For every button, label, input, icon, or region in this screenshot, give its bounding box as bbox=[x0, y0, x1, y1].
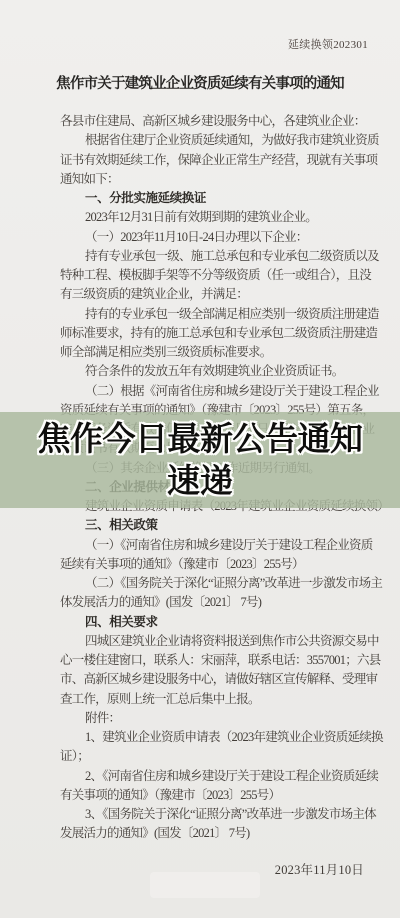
body-text-line: 持有专业承包一级、施工总承包和专业承包二级资质以及 bbox=[60, 247, 366, 266]
body-text-line: 3、《国务院关于深化“证照分离”改革进一步激发市场主体 bbox=[60, 805, 366, 824]
body-text-line: 有三级资质的建筑业企业，并满足： bbox=[60, 285, 366, 304]
section-heading-line: 三、相关政策 bbox=[60, 516, 366, 535]
body-text-line: 符合条件的发放五年有效期建筑业企业资质证书。 bbox=[60, 362, 366, 381]
body-text-line: （一）2023年11月10日-24日办理以下企业： bbox=[60, 228, 366, 247]
body-text-line: 证书有效期延续工作，保障企业正常生产经营，现就有关事项 bbox=[60, 151, 366, 170]
body-text-line: 1、建筑业企业资质申请表（2023年建筑业企业资质延续换 bbox=[60, 728, 366, 747]
body-text-line: 四城区建筑业企业请将资料报送到焦作市公共资源交易中 bbox=[60, 632, 366, 651]
body-text-line: （二）根据《河南省住房和城乡建设厅关于建设工程企业 bbox=[60, 382, 366, 401]
body-text-line: 延续有关事项的通知》（豫建市〔2023〕255号） bbox=[60, 555, 366, 574]
body-text-line: 查工作，原则上统一汇总后集中上报。 bbox=[60, 690, 366, 709]
body-text-line: 2023年12月31日前有效期到期的建筑业企业。 bbox=[60, 208, 366, 227]
body-text-line: 施工劳务资质有效期仍为2023年12月31日，不进行延续，企业 bbox=[60, 420, 366, 439]
body-text-line: 根据省住建厅企业资质延续通知，为做好我市建筑业资质 bbox=[60, 131, 366, 150]
section-heading-line: 二、企业提供材料 bbox=[60, 478, 366, 497]
scan-ghost-mark bbox=[150, 872, 260, 898]
body-text-line: 2、《河南省住房和城乡建设厅关于建设工程企业资质延续 bbox=[60, 767, 366, 786]
notice-document-page: 延续换领202301 焦作市关于建筑业企业资质延续有关事项的通知 各县市住建局、… bbox=[0, 0, 400, 918]
body-text-line: 特种工程、模板脚手架等不分等级资质（任一或组合），且没 bbox=[60, 266, 366, 285]
body-text-line: 通知如下： bbox=[60, 170, 366, 189]
body-text-line: 资质延续有关事项的通知》（豫建市〔2023〕255号）第五条， bbox=[60, 401, 366, 420]
body-text-line: 资质证书有效期至12月31日。 bbox=[60, 439, 366, 458]
body-text-line: 心一楼住建窗口，联系人：宋丽萍，联系电话：3557001；六县 bbox=[60, 651, 366, 670]
body-text-line: （三）其余企业延续换证工作近期另行通知。 bbox=[60, 459, 366, 478]
section-heading-line: 四、相关要求 bbox=[60, 613, 366, 632]
body-text-line: 持有的专业承包一级全部满足相应类别一级资质注册建造 bbox=[60, 305, 366, 324]
body-text-line: 师全部满足相应类别三级资质标准要求。 bbox=[60, 343, 366, 362]
body-text-line: 各县市住建局、高新区城乡建设服务中心，各建筑业企业： bbox=[60, 112, 366, 131]
body-text-line: （一）《河南省住房和城乡建设厅关于建设工程企业资质 bbox=[60, 536, 366, 555]
body-text-line: 建筑业企业资质申请表（2023年建筑业企业资质延续换领） bbox=[60, 497, 366, 516]
body-text-line: 证）； bbox=[60, 747, 366, 766]
document-number: 延续换领202301 bbox=[288, 36, 368, 52]
body-text-line: 师标准要求，持有的施工总承包和专业承包二级资质注册建造 bbox=[60, 324, 366, 343]
body-text-line: 附件： bbox=[60, 709, 366, 728]
document-title: 焦作市关于建筑业企业资质延续有关事项的通知 bbox=[20, 72, 380, 93]
body-text-line: 体发展活力的通知》(国发〔2021〕 7号) bbox=[60, 593, 366, 612]
body-text-line: 发展活力的通知》(国发〔2021〕 7号) bbox=[60, 824, 366, 843]
body-text-line: （二）《国务院关于深化“证照分离”改革进一步激发市场主 bbox=[60, 574, 366, 593]
body-text-line: 市、高新区城乡建设服务中心，请做好辖区宣传解释、受理审 bbox=[60, 670, 366, 689]
body-text-line: 有关事项的通知》（豫建市〔2023〕255号） bbox=[60, 786, 366, 805]
document-body: 各县市住建局、高新区城乡建设服务中心，各建筑业企业：根据省住建厅企业资质延续通知… bbox=[60, 112, 366, 844]
document-date: 2023年11月10日 bbox=[275, 860, 364, 878]
section-heading-line: 一、分批实施延续换证 bbox=[60, 189, 366, 208]
